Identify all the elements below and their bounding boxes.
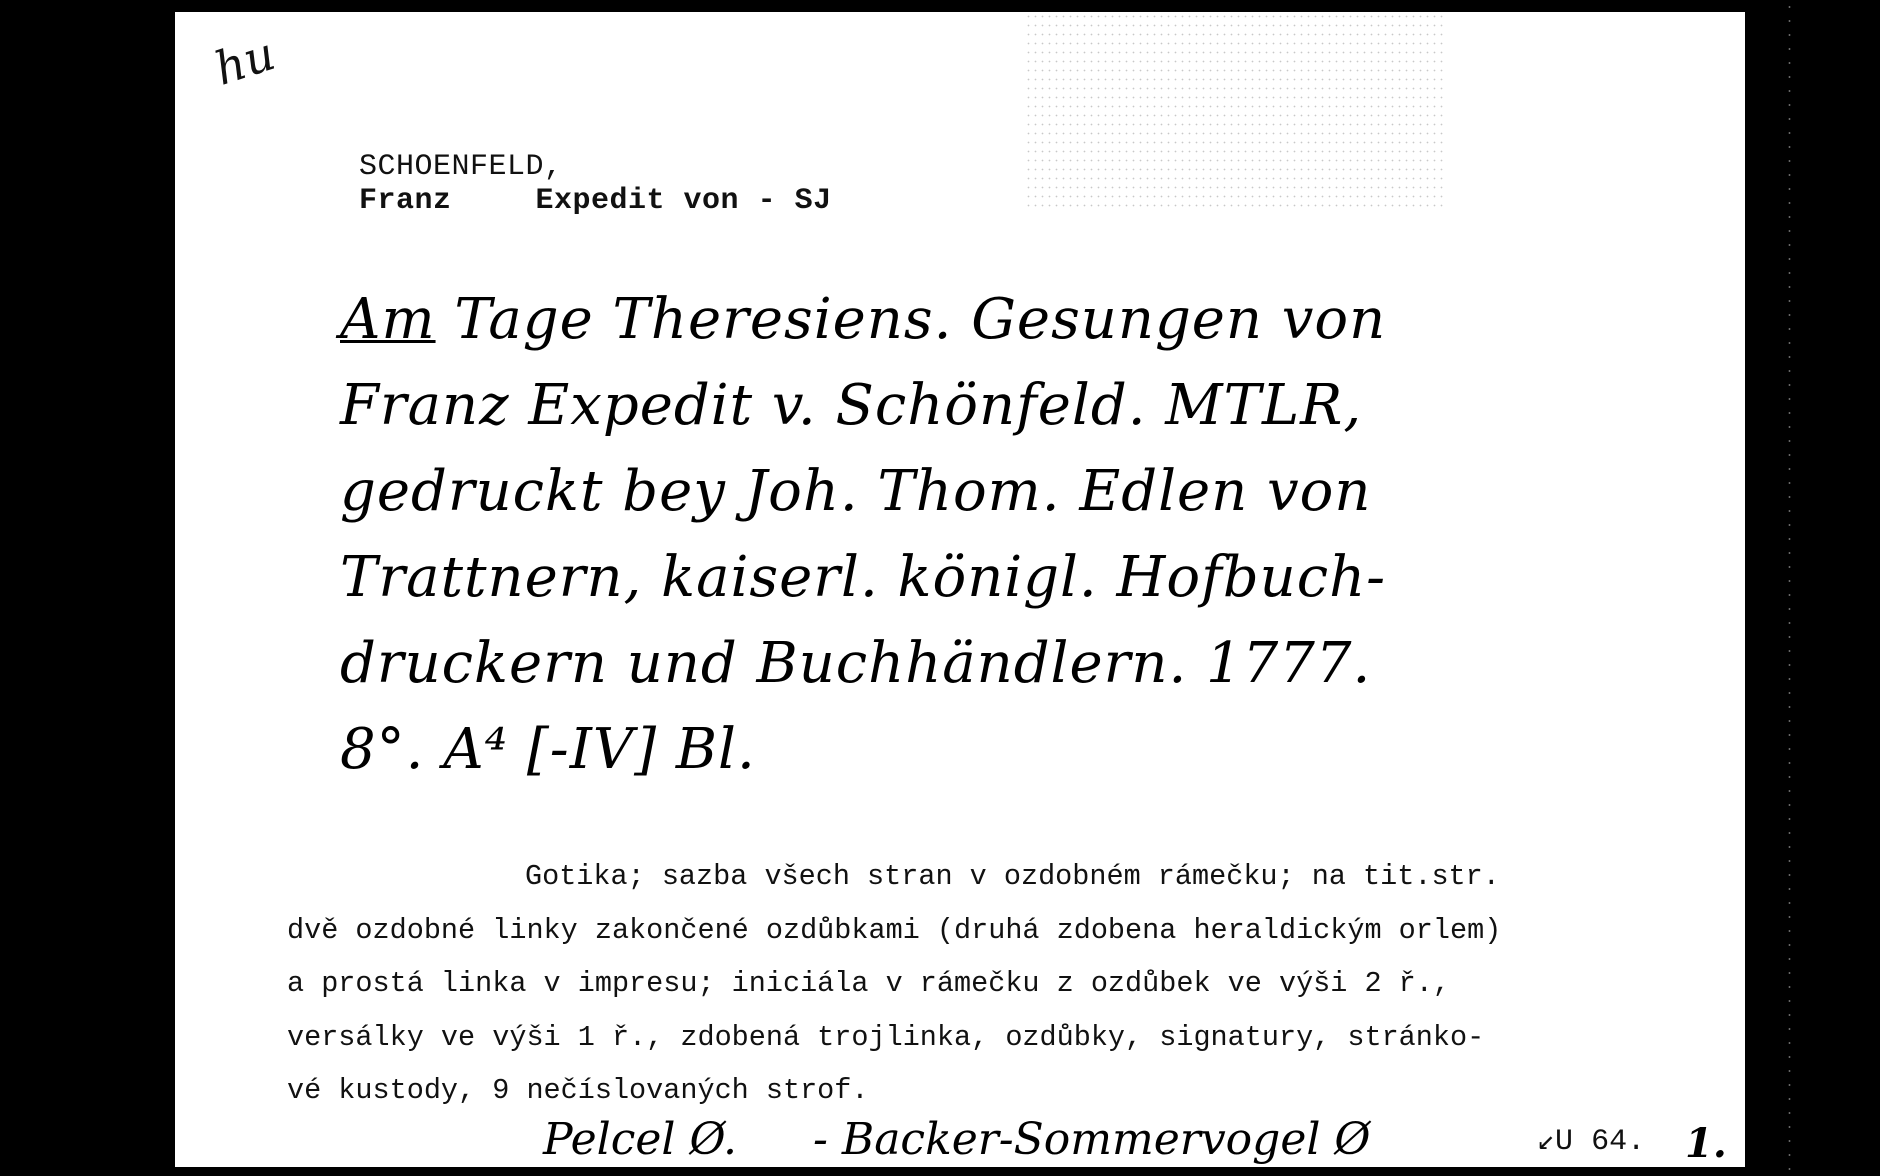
author-alias: Expedit von - SJ	[536, 184, 832, 218]
catalog-card: hu SCHOENFELD, FranzExpedit von - SJ Am …	[175, 12, 1745, 1167]
handwritten-title-block: Am Tage Theresiens. Gesungen von Franz E…	[340, 277, 1720, 793]
scan-edge-artifact	[1788, 0, 1791, 1176]
collation-line: 8°. A⁴ [-IV] Bl.	[340, 707, 1720, 793]
underlined-first-word: Am	[340, 287, 436, 352]
corner-handwritten-mark: hu	[208, 26, 281, 96]
description-line: a prostá linka v impresu; iniciála v rám…	[287, 957, 1727, 1011]
title-line: Am Tage Theresiens. Gesungen von	[340, 277, 1720, 363]
card-footer: Pelcel Ø. - Backer-Sommervogel Ø ↙U 64. …	[175, 1114, 1745, 1167]
bibliographic-reference: - Backer-Sommervogel Ø	[813, 1114, 1371, 1165]
title-line: Franz Expedit v. Schönfeld. MTLR,	[340, 363, 1720, 449]
author-given-name: Franz	[359, 184, 452, 218]
shelfmark: ↙U 64.	[1537, 1122, 1645, 1159]
title-line: druckern und Buchhändlern. 1777.	[340, 621, 1720, 707]
description-line: versálky ve výši 1 ř., zdobená trojlinka…	[287, 1011, 1727, 1065]
description-block: Gotika; sazba všech stran v ozdobném rám…	[287, 850, 1727, 1118]
description-line: vé kustody, 9 nečíslovaných strof.	[287, 1064, 1727, 1118]
card-header: SCHOENFELD, FranzExpedit von - SJ	[285, 116, 832, 252]
author-surname: SCHOENFELD,	[359, 150, 563, 184]
title-line: Trattnern, kaiserl. königl. Hofbuch-	[340, 535, 1720, 621]
title-line: gedruckt bey Joh. Thom. Edlen von	[340, 449, 1720, 535]
scan-noise	[1025, 12, 1445, 212]
bibliographic-reference: Pelcel Ø.	[543, 1114, 737, 1165]
description-line: dvě ozdobné linky zakončené ozdůbkami (d…	[287, 904, 1727, 958]
description-line: Gotika; sazba všech stran v ozdobném rám…	[287, 850, 1727, 904]
card-number: 1.	[1685, 1120, 1727, 1167]
